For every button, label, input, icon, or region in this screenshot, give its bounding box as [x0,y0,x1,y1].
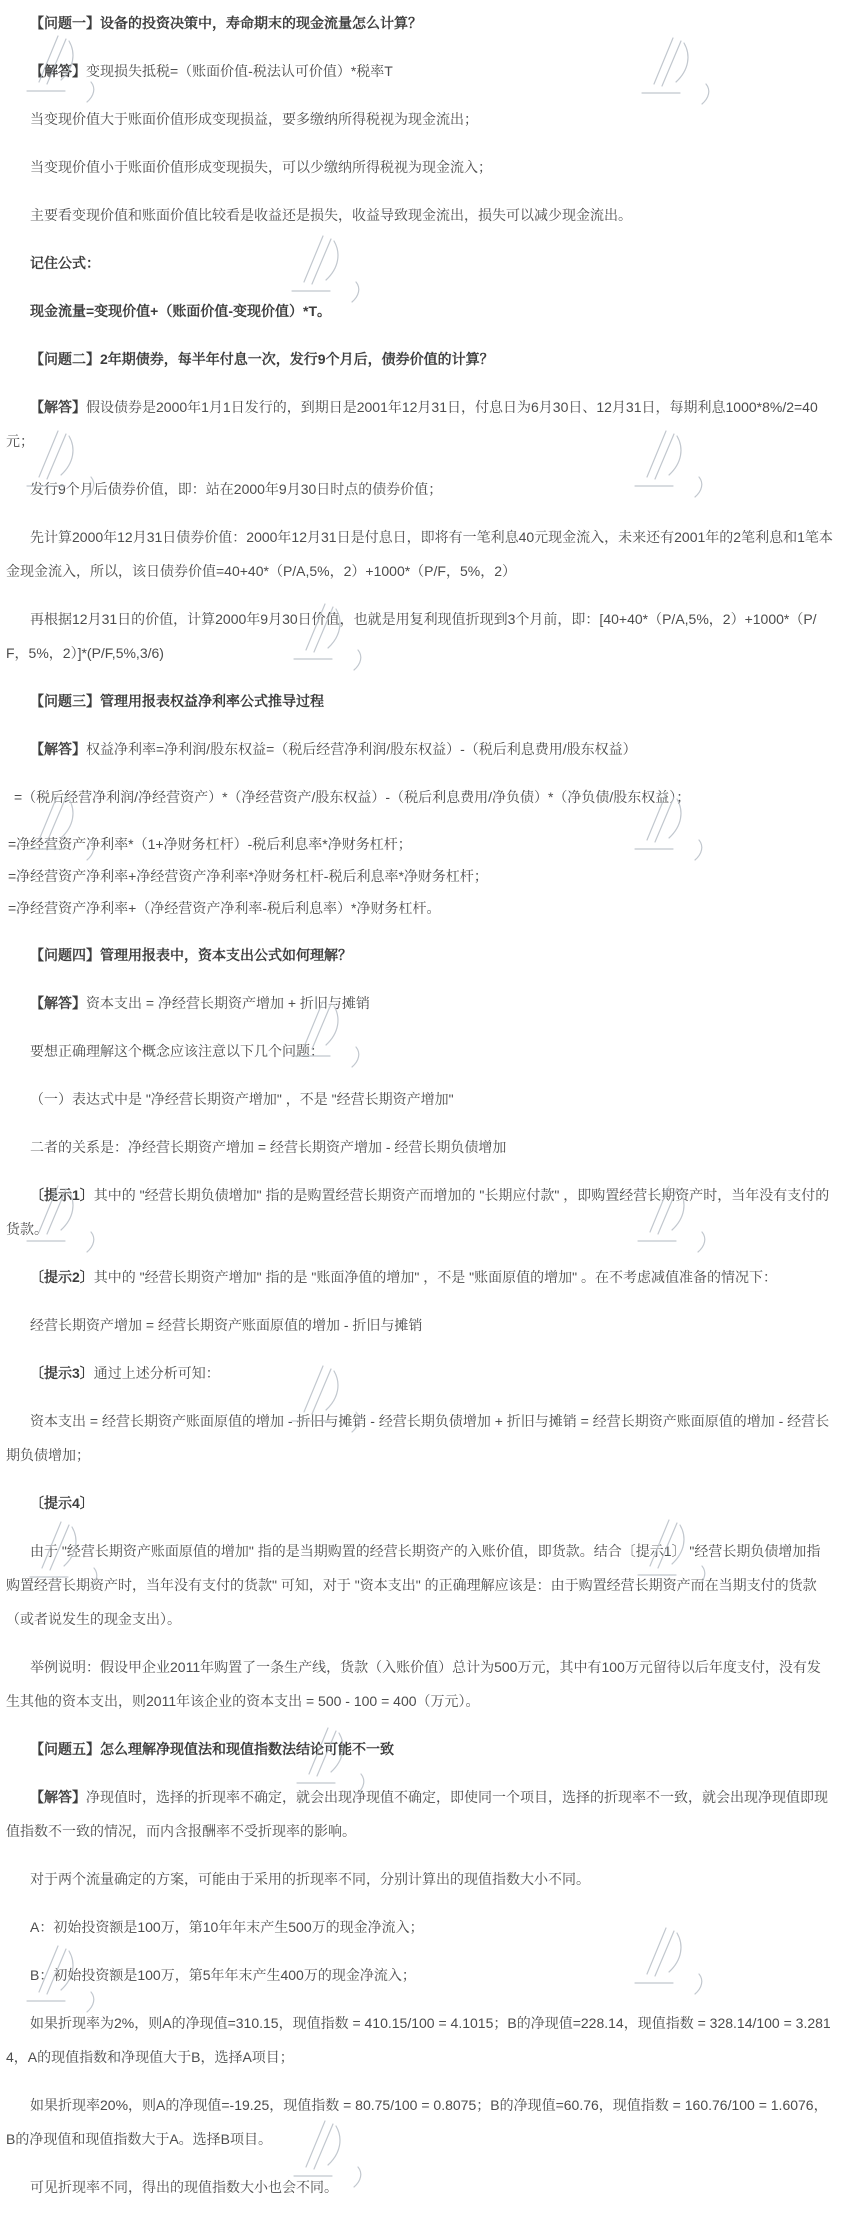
formula-text: 记住公式： [6,246,834,280]
tip-paragraph: 〔提示4〕 [6,1486,834,1520]
paragraph: 举例说明：假设甲企业2011年购置了一条生产线，货款（入账价值）总计为500万元… [6,1650,834,1718]
paragraph: B：初始投资额是100万，第5年年末产生400万的现金净流入； [6,1958,834,1992]
answer-paragraph: 【解答】净现值时，选择的折现率不确定，就会出现净现值不确定，即使同一个项目，选择… [6,1780,834,1848]
question-heading: 【问题四】管理用报表中，资本支出公式如何理解？ [6,938,834,972]
answer-paragraph: 【解答】资本支出 = 净经营长期资产增加 + 折旧与摊销 [6,986,834,1020]
formula-derivation-line: =净经营资产净利率+（净经营资产净利率-税后利息率）*净财务杠杆。 [6,892,834,924]
article-page: 【问题一】设备的投资决策中，寿命期末的现金流量怎么计算？【解答】变现损失抵税=（… [0,0,858,2230]
answer-paragraph: 【解答】变现损失抵税=（账面价值-税法认可价值）*税率T [6,54,834,88]
block-label: 【问题二】 [30,351,100,367]
paragraph: 发行9个月后债券价值，即：站在2000年9月30日时点的债券价值； [6,472,834,506]
paragraph: 由于 "经营长期资产账面原值的增加" 指的是当期购置的经营长期资产的入账价值，即… [6,1534,834,1636]
paragraph: 资本支出 = 经营长期资产账面原值的增加 - 折旧与摊销 - 经营长期负债增加 … [6,1404,834,1472]
formula-derivation-line: =净经营资产净利率+净经营资产净利率*净财务杠杆-税后利息率*净财务杠杆； [6,860,834,892]
paragraph: 二者的关系是：净经营长期资产增加 = 经营长期资产增加 - 经营长期负债增加 [6,1130,834,1164]
paragraph: （一）表达式中是 "净经营长期资产增加" ，不是 "经营长期资产增加" [6,1082,834,1116]
question-heading: 【问题三】管理用报表权益净利率公式推导过程 [6,684,834,718]
document-body: 【问题一】设备的投资决策中，寿命期末的现金流量怎么计算？【解答】变现损失抵税=（… [0,0,858,2230]
answer-paragraph: 【解答】假设债券是2000年1月1日发行的，到期日是2001年12月31日，付息… [6,390,834,458]
paragraph: 如果折现率20%，则A的净现值=-19.25，现值指数 = 80.75/100 … [6,2088,834,2156]
question-heading: 【问题二】2年期债券，每半年付息一次，发行9个月后，债券价值的计算？ [6,342,834,376]
block-label: 〔提示3〕 [30,1365,94,1381]
tip-paragraph: 〔提示1〕其中的 "经营长期负债增加" 指的是购置经营长期资产而增加的 "长期应… [6,1178,834,1246]
tip-paragraph: 〔提示3〕通过上述分析可知： [6,1356,834,1390]
paragraph: 主要看变现价值和账面价值比较看是收益还是损失，收益导致现金流出，损失可以减少现金… [6,198,834,232]
block-label: 【解答】 [30,1789,86,1805]
block-label: 【解答】 [30,995,86,1011]
paragraph: 要想正确理解这个概念应该注意以下几个问题： [6,1034,834,1068]
formula-derivation-line: =净经营资产净利率*（1+净财务杠杆）-税后利息率*净财务杠杆； [6,828,834,860]
block-label: 【解答】 [30,63,86,79]
block-label: 【问题五】 [30,1741,100,1757]
paragraph: 可见折现率不同，得出的现值指数大小也会不同。 [6,2170,834,2204]
paragraph: 先计算2000年12月31日债券价值：2000年12月31日是付息日，即将有一笔… [6,520,834,588]
question-heading: 【问题一】设备的投资决策中，寿命期末的现金流量怎么计算？ [6,6,834,40]
block-label: 【问题四】 [30,947,100,963]
tip-paragraph: 〔提示2〕其中的 "经营长期资产增加" 指的是 "账面净值的增加" ，不是 "账… [6,1260,834,1294]
paragraph: 经营长期资产增加 = 经营长期资产账面原值的增加 - 折旧与摊销 [6,1308,834,1342]
block-label: 【解答】 [30,741,86,757]
formula-line: =（税后经营净利润/净经营资产）*（净经营资产/股东权益）-（税后利息费用/净负… [6,780,834,814]
block-label: 【问题一】 [30,15,100,31]
paragraph: 对于两个流量确定的方案，可能由于采用的折现率不同，分别计算出的现值指数大小不同。 [6,1862,834,1896]
block-label: 【问题三】 [30,693,100,709]
paragraph: 再根据12月31日的价值，计算2000年9月30日价值，也就是用复利现值折现到3… [6,602,834,670]
question-heading: 【问题五】怎么理解净现值法和现值指数法结论可能不一致 [6,1732,834,1766]
formula-text: 现金流量=变现价值+（账面价值-变现价值）*T。 [6,294,834,328]
block-label: 【解答】 [30,399,86,415]
answer-paragraph: 【解答】权益净利率=净利润/股东权益=（税后经营净利润/股东权益）-（税后利息费… [6,732,834,766]
paragraph: 当变现价值小于账面价值形成变现损失，可以少缴纳所得税视为现金流入； [6,150,834,184]
block-label: 〔提示1〕 [30,1187,94,1203]
paragraph: 当变现价值大于账面价值形成变现损益，要多缴纳所得税视为现金流出； [6,102,834,136]
block-label: 〔提示4〕 [30,1495,94,1511]
paragraph: 如果折现率为2%，则A的净现值=310.15，现值指数 = 410.15/100… [6,2006,834,2074]
paragraph: A：初始投资额是100万，第10年年末产生500万的现金净流入； [6,1910,834,1944]
block-label: 〔提示2〕 [30,1269,94,1285]
